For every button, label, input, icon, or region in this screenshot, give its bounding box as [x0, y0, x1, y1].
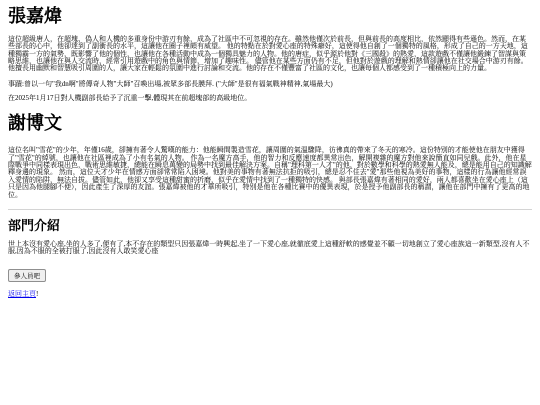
back-home-link[interactable]: 返回主頁 — [8, 290, 36, 298]
section-heading-zhangjiawei: 張嘉煒 — [8, 6, 532, 27]
section-divider — [8, 209, 532, 210]
zhang-bio-paragraph: 這位超級唐人，在超塊、偽人和人機的多重身份中游刃有餘，成為了社區中不可忽視的存在… — [8, 36, 532, 73]
xie-bio-paragraph: 這位名叫"雪花"的少年，年僅16歲，卻擁有著令人驚嘆的能力：他能瞬間製造雪花，讓… — [8, 147, 532, 199]
join-button-row: 參人員吧 — [8, 265, 532, 283]
dept-intro-paragraph: 世上本沒有愛心座,坐的人多了,便有了,本不存在的類型只因張嘉煒一時興起,坐了一下… — [8, 241, 532, 256]
back-link-suffix: ! — [36, 290, 38, 298]
join-button[interactable]: 參人員吧 — [8, 269, 46, 282]
zhang-feat-paragraph: 事蹟:曾以一句"我dn啊"將傳奇人物"大師"召喚出場,被眾多部長膜拜. ("大師… — [8, 81, 532, 88]
back-link-row: 返回主頁! — [8, 290, 532, 298]
section-heading-xiebowen: 謝博文 — [8, 113, 532, 134]
section-heading-department: 部門介紹 — [8, 219, 532, 234]
zhang-date-note: 在2025年1月17日對人機副部長給予了沉重一擊,體現其在前超塊部的高級地位。 — [8, 95, 532, 102]
